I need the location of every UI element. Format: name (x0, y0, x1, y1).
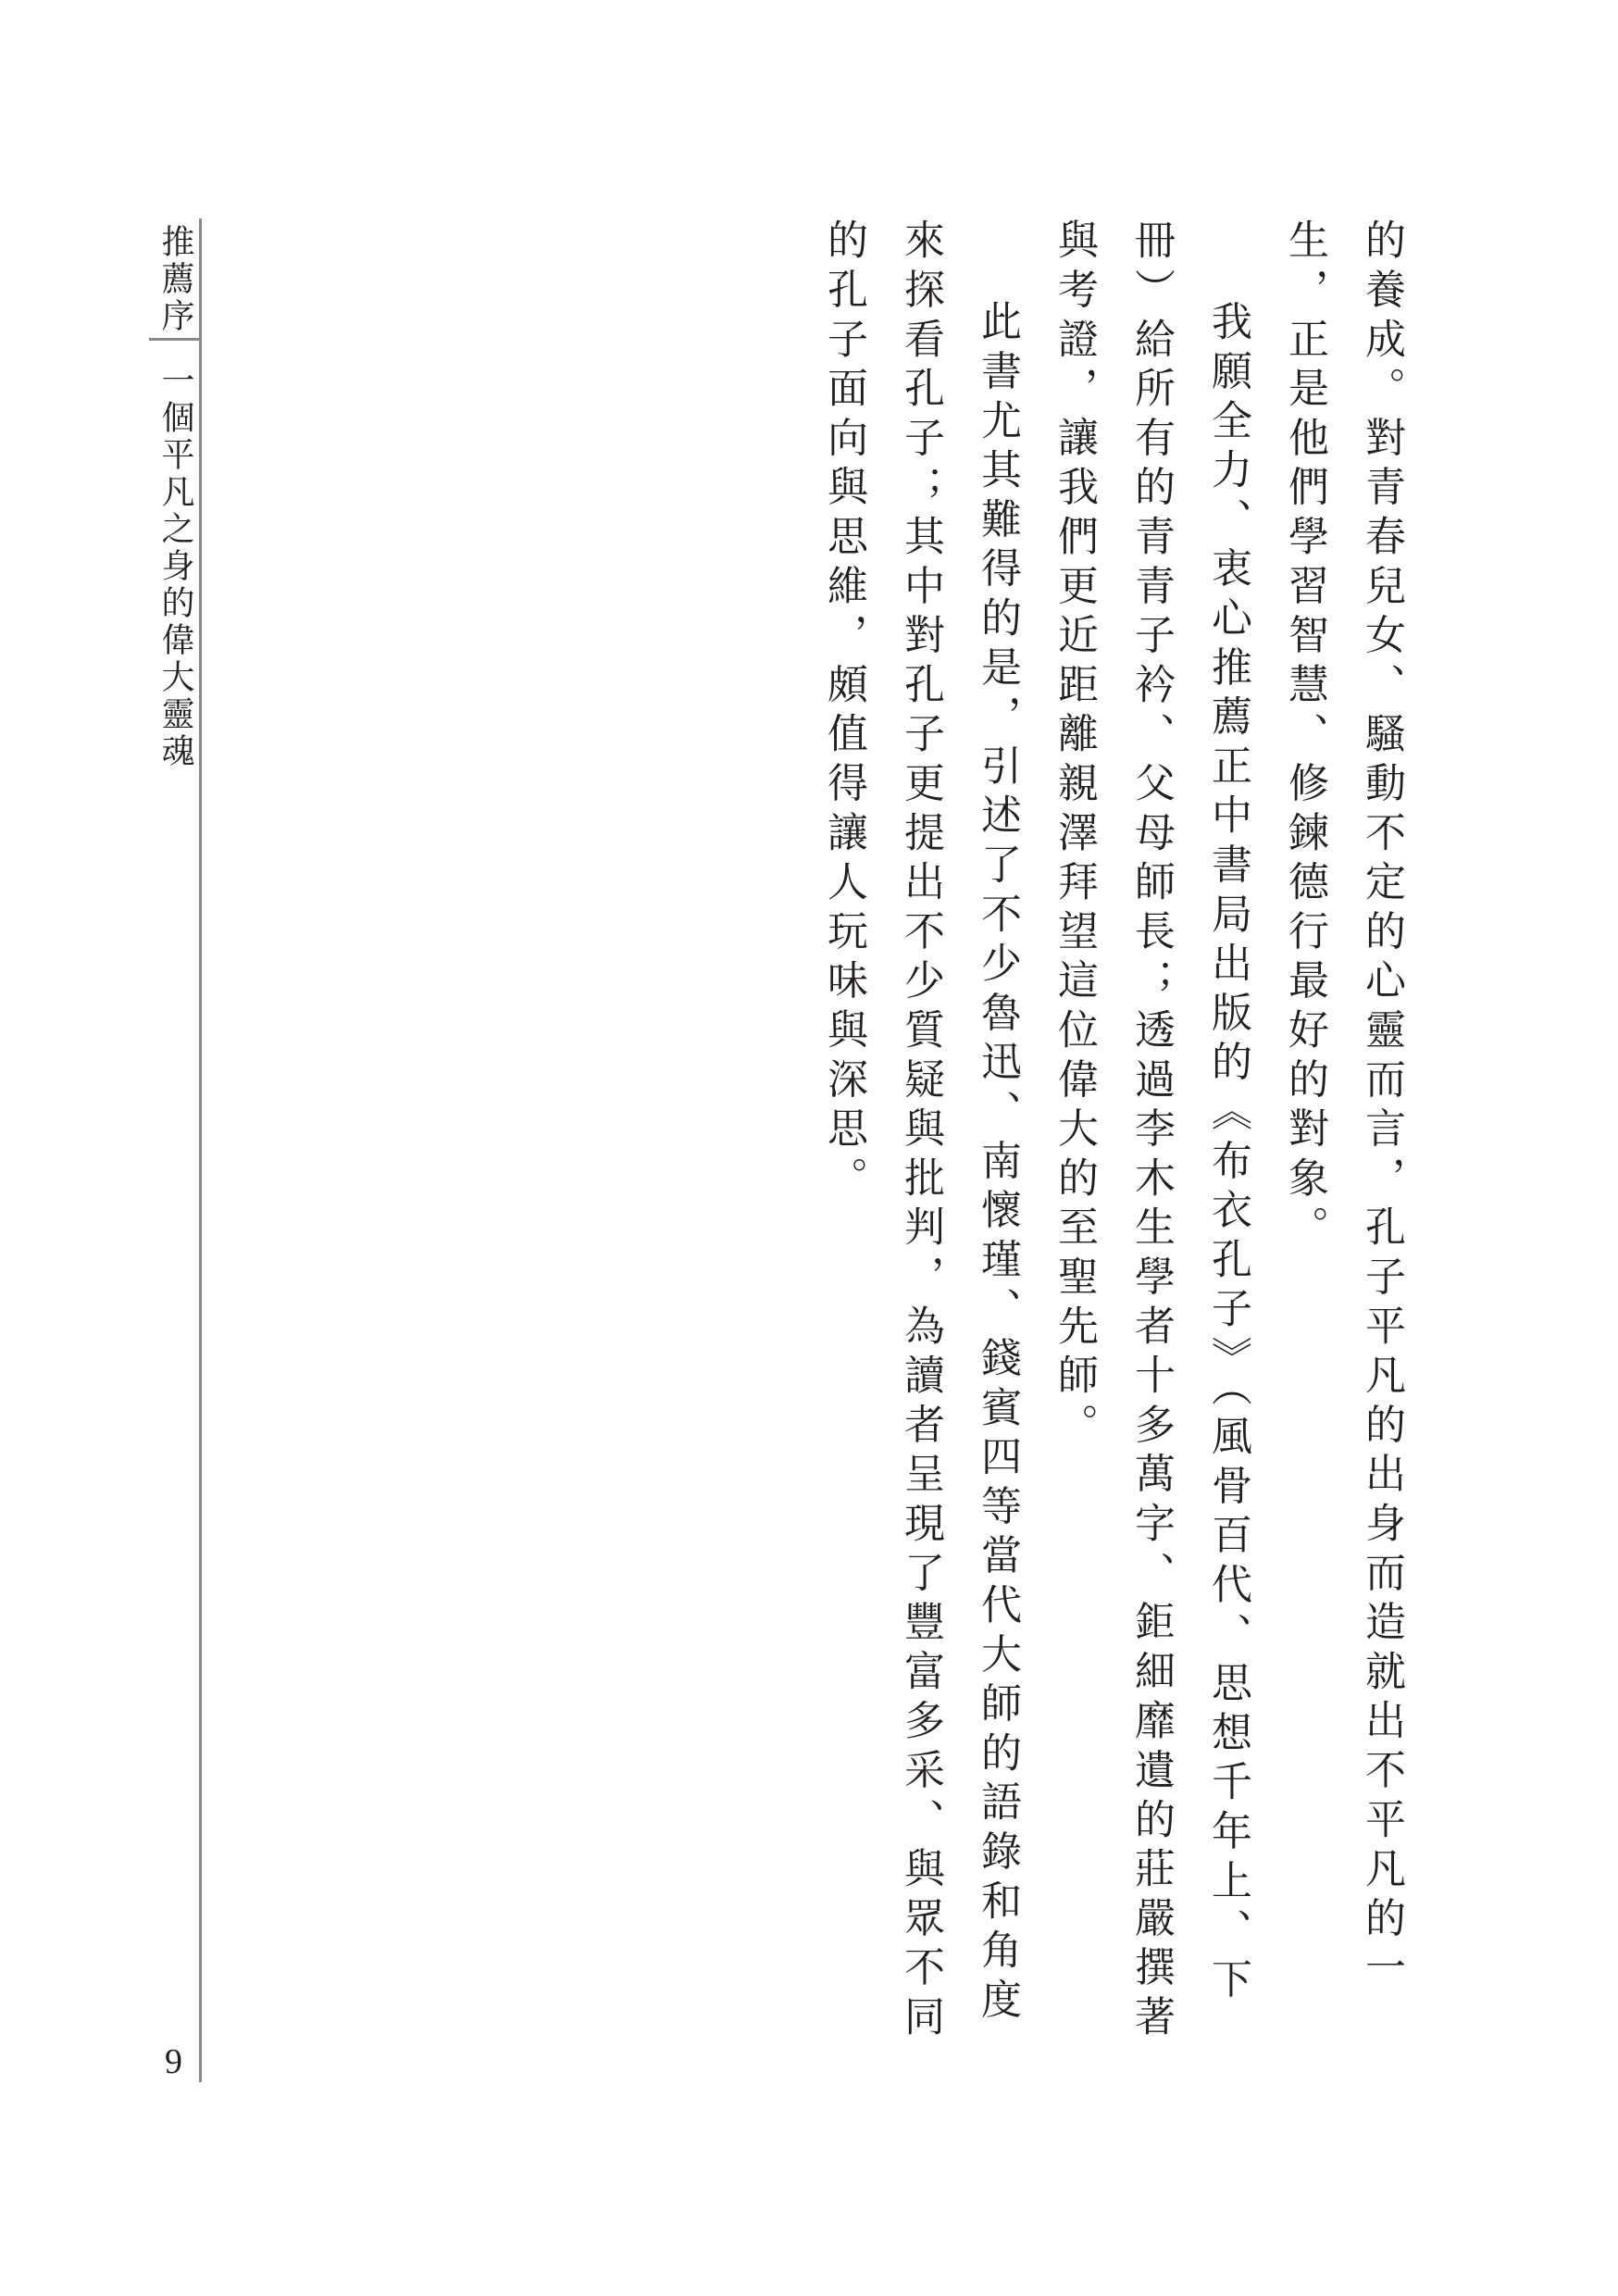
paragraph-continuation: 的養成。對青春兒女、騷動不定的心靈而言，孔子平凡的出身而造就出不平凡的一生，正是… (1266, 218, 1420, 2070)
running-head-chapter-title: 一個平凡之身的偉大靈魂 (156, 363, 193, 770)
paragraph-book-merits: 此書尤其難得的是，引述了不少魯迅、南懷瑾、錢賓四等當代大師的語錄和角度來探看孔子… (805, 218, 1036, 2070)
book-page: 推薦序 一個平凡之身的偉大靈魂 9 的養成。對青春兒女、騷動不定的心靈而言，孔子… (0, 0, 1618, 2296)
margin-horizontal-divider (149, 338, 202, 341)
paragraph-recommendation: 我願全力、衷心推薦正中書局出版的《布衣孔子》（風骨百代、思想千年上、下冊）給所有… (1036, 218, 1266, 2070)
margin-vertical-rule (199, 218, 202, 2082)
page-number: 9 (165, 2043, 182, 2080)
running-head-section-label: 推薦序 (156, 224, 193, 335)
body-text: 的養成。對青春兒女、騷動不定的心靈而言，孔子平凡的出身而造就出不平凡的一生，正是… (805, 218, 1420, 2070)
